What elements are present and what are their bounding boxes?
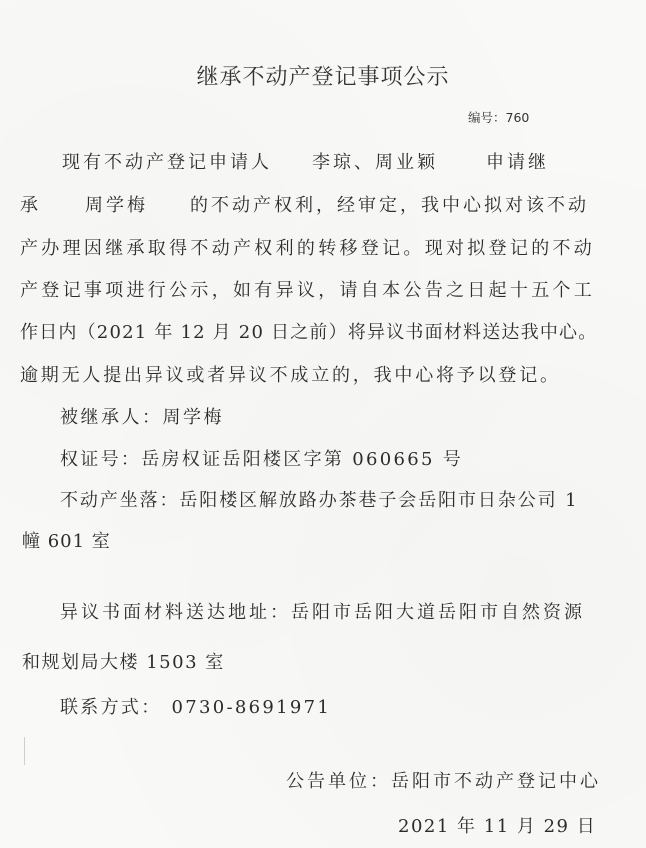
decedent-row: 被继承人：周学梅 — [60, 403, 224, 429]
intro-line-1: 现有不动产登记申请人李琼、周业颖申请继 — [62, 148, 549, 174]
location-row: 不动产坐落：岳阳楼区解放路办茶巷子会岳阳市日杂公司 1 — [60, 486, 578, 512]
intro-line-6: 逾期无人提出异议或者异议不成立的，我中心将予以登记。 — [20, 361, 561, 387]
margin-mark — [24, 737, 25, 765]
decedent-inline: 周学梅 — [85, 195, 148, 216]
issue-date: 2021 年 11 月 29 日 — [398, 812, 596, 838]
contact-row: 联系方式：0730-8691971 — [60, 693, 331, 719]
document-page: 继承不动产登记事项公示 编号：760 现有不动产登记申请人李琼、周业颖申请继 承… — [0, 0, 646, 848]
intro-line-2-prefix: 承 — [20, 195, 41, 216]
decedent-value: 周学梅 — [163, 407, 225, 428]
issuer-row: 公告单位：岳阳市不动产登记中心 — [286, 767, 601, 793]
issuer-value: 岳阳市不动产登记中心 — [391, 771, 601, 792]
intro-line-1-suffix: 申请继 — [486, 152, 549, 173]
certificate-row: 权证号：岳房权证岳阳楼区字第 060665 号 — [60, 445, 463, 471]
intro-line-5: 作日内（2021 年 12 月 20 日之前）将异议书面材料送达我中心。 — [20, 318, 597, 344]
contact-phone: 0730-8691971 — [172, 697, 332, 718]
intro-line-1-prefix: 现有不动产登记申请人 — [62, 152, 272, 173]
certificate-label: 权证号： — [60, 449, 141, 470]
intro-line-2-suffix: 的不动产权利，经审定，我中心拟对该不动 — [190, 195, 589, 216]
page-title: 继承不动产登记事项公示 — [0, 60, 646, 91]
location-value-line-2: 幢 601 室 — [22, 527, 111, 553]
document-number-label: 编号： — [468, 110, 506, 125]
objection-address-line-1: 岳阳市岳阳大道岳阳市自然资源 — [291, 602, 585, 623]
location-label: 不动产坐落： — [60, 490, 179, 511]
document-number-value: 760 — [506, 110, 530, 125]
contact-label: 联系方式： — [60, 697, 162, 718]
objection-address-row: 异议书面材料送达地址：岳阳市岳阳大道岳阳市自然资源 — [60, 598, 585, 624]
document-number: 编号：760 — [468, 108, 529, 126]
intro-line-4: 产登记事项进行公示，如有异议，请自本公告之日起十五个工 — [20, 276, 595, 302]
intro-line-3: 产办理因继承取得不动产权利的转移登记。现对拟登记的不动 — [20, 234, 595, 260]
objection-address-line-2: 和规划局大楼 1503 室 — [22, 648, 225, 674]
objection-address-label: 异议书面材料送达地址： — [60, 602, 291, 623]
applicants: 李琼、周业颖 — [312, 152, 438, 173]
issuer-label: 公告单位： — [286, 771, 391, 792]
certificate-value: 岳房权证岳阳楼区字第 060665 号 — [141, 449, 463, 470]
decedent-label: 被继承人： — [60, 407, 163, 428]
location-value-line-1: 岳阳楼区解放路办茶巷子会岳阳市日杂公司 1 — [179, 490, 578, 511]
intro-line-2: 承周学梅的不动产权利，经审定，我中心拟对该不动 — [20, 191, 589, 217]
